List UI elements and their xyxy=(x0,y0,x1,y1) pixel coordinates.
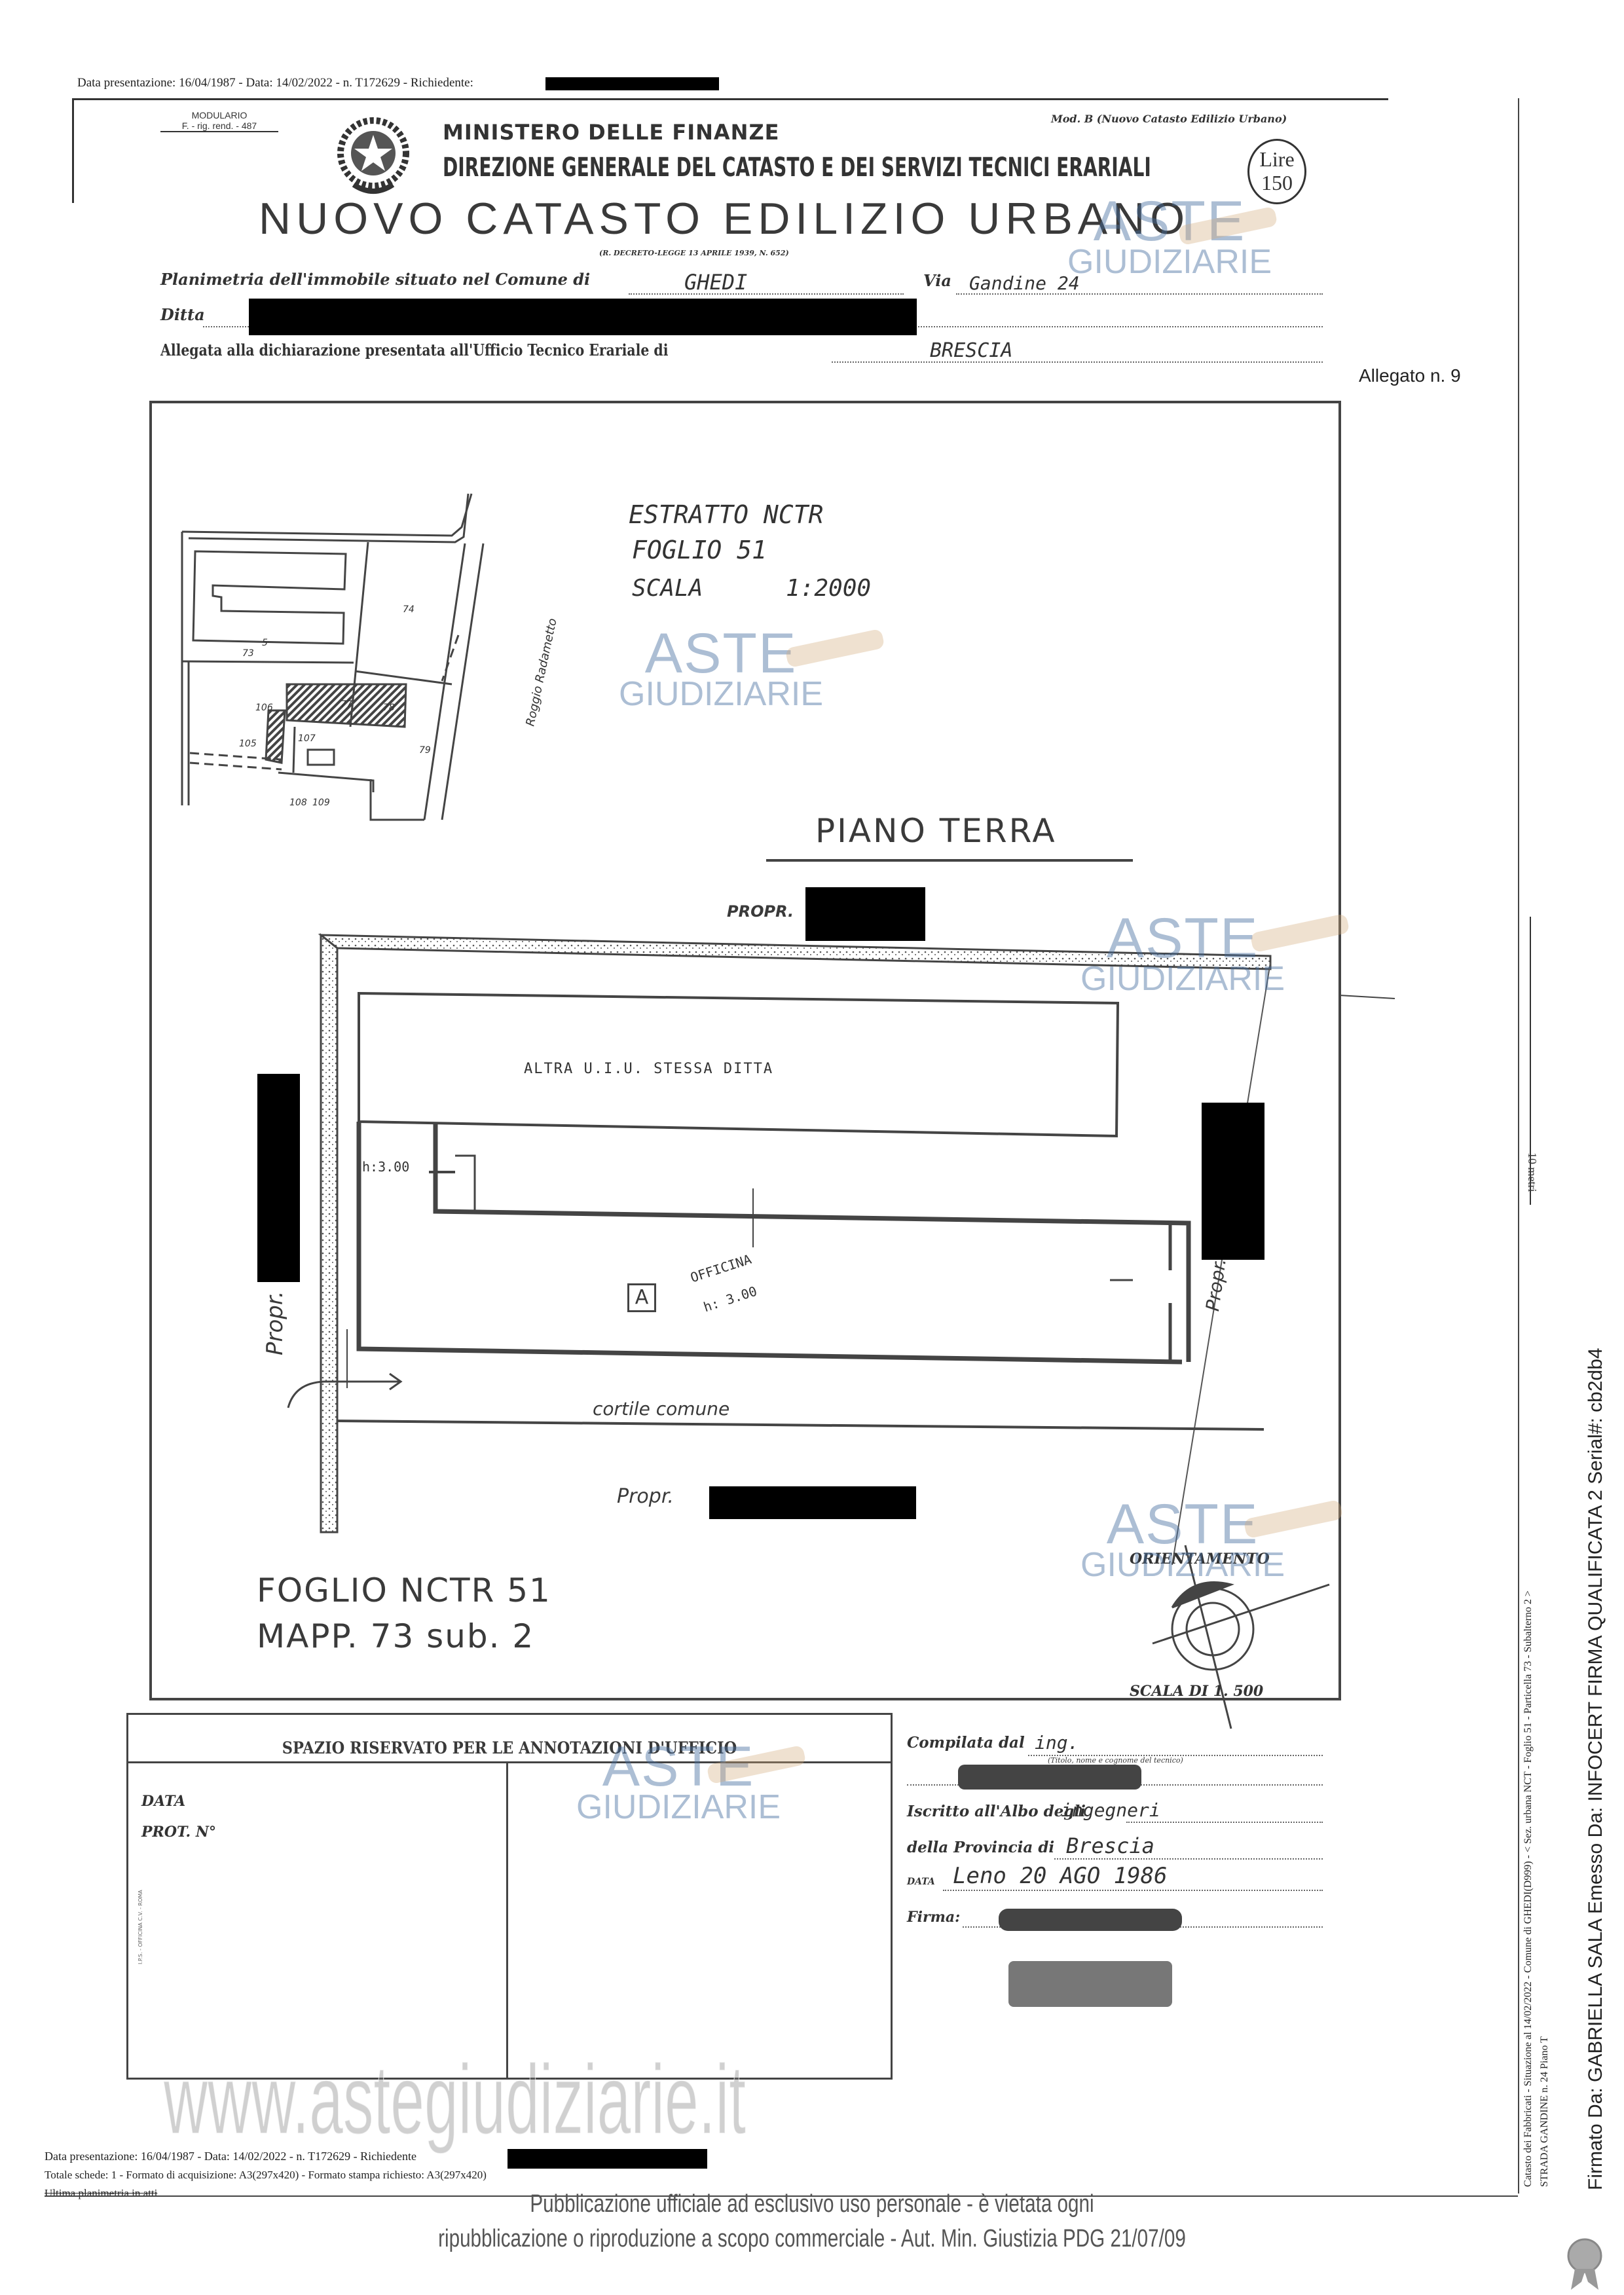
redacted-stamp xyxy=(1008,1961,1172,2007)
height-left-label: h:3.00 xyxy=(362,1159,409,1175)
watermark-logo-plan: ASTEGIUDIZIARIE xyxy=(1080,913,1285,995)
scale-bar-label: 10 metri xyxy=(1525,1152,1539,1192)
province-label: della Provincia di xyxy=(907,1839,1054,1856)
form-right-border xyxy=(1518,98,1519,2194)
watermark-logo-orientation: ASTEGIUDIZIARIE xyxy=(1080,1499,1285,1581)
other-unit-label: ALTRA U.I.U. STESSA DITTA xyxy=(524,1061,773,1077)
parcel-reference: MAPP. 73 sub. 2 xyxy=(257,1617,534,1655)
redacted-signature xyxy=(999,1909,1182,1931)
redacted-neighbor-left xyxy=(257,1074,300,1282)
neighbor-owner-bottom-label: Propr. xyxy=(617,1485,674,1508)
signature-label: Firma: xyxy=(907,1909,960,1926)
unit-letter-box: A xyxy=(627,1283,656,1312)
office-date-label: DATA xyxy=(141,1793,185,1810)
footer-last-plan: Ultima planimetria in atti xyxy=(45,2187,157,2200)
digital-signature-note: Firmato Da: GABRIELLA SALA Emesso Da: IN… xyxy=(1585,1348,1607,2190)
plan-scale: SCALA DI 1. 500 xyxy=(1130,1683,1263,1700)
courtyard-label: cortile comune xyxy=(593,1398,729,1420)
compiled-by-value: ing. xyxy=(1035,1732,1079,1753)
publication-notice-line-1: Pubblicazione ufficiale ad esclusivo uso… xyxy=(179,2190,1445,2218)
register-label: Iscritto all'Albo degli xyxy=(907,1803,1086,1820)
redacted-neighbor-bottom xyxy=(709,1486,916,1519)
side-cadastre-meta: Catasto dei Fabbricati - Situazione al 1… xyxy=(1522,1590,1534,2187)
register-value: ingegneri xyxy=(1061,1799,1160,1821)
watermark-logo-header: ASTEGIUDIZIARIE xyxy=(1067,196,1272,278)
watermark-site: www.astegiudiziarie.it xyxy=(164,2043,746,2156)
footer-format-meta: Totale schede: 1 - Formato di acquisizio… xyxy=(45,2169,487,2182)
neighbor-owner-left-label: Propr. xyxy=(262,1291,288,1355)
province-value: Brescia xyxy=(1066,1833,1154,1858)
publication-notice-line-2: ripubblicazione o riproduzione a scopo c… xyxy=(179,2225,1445,2253)
footer-presentation-meta: Data presentazione: 16/04/1987 - Data: 1… xyxy=(45,2150,416,2163)
redacted-technician xyxy=(958,1765,1141,1790)
compiler-date-value: Leno 20 AGO 1986 xyxy=(953,1863,1168,1889)
watermark-logo-map: ASTEGIUDIZIARIE xyxy=(619,629,823,710)
redacted-neighbor-right xyxy=(1202,1103,1264,1260)
redacted-requester-footer xyxy=(507,2149,707,2169)
printer-imprint: I.P.S. - OFFICINA C.V. - ROMA xyxy=(138,1890,143,1964)
certificate-seal-icon xyxy=(1562,2236,1608,2292)
compiled-by-label: Compilata dal xyxy=(907,1734,1025,1752)
sheet-reference: FOGLIO NCTR 51 xyxy=(257,1571,551,1609)
compiled-by-hint: (Titolo, nome e cognome del tecnico) xyxy=(1048,1756,1183,1765)
watermark-logo-office: ASTEGIUDIZIARIE xyxy=(576,1742,781,1823)
side-address-meta: STRADA GANDINE n. 24 Piano T xyxy=(1539,2036,1551,2187)
compiler-date-label: DATA xyxy=(907,1877,935,1887)
office-protocol-label: PROT. N° xyxy=(141,1824,216,1841)
